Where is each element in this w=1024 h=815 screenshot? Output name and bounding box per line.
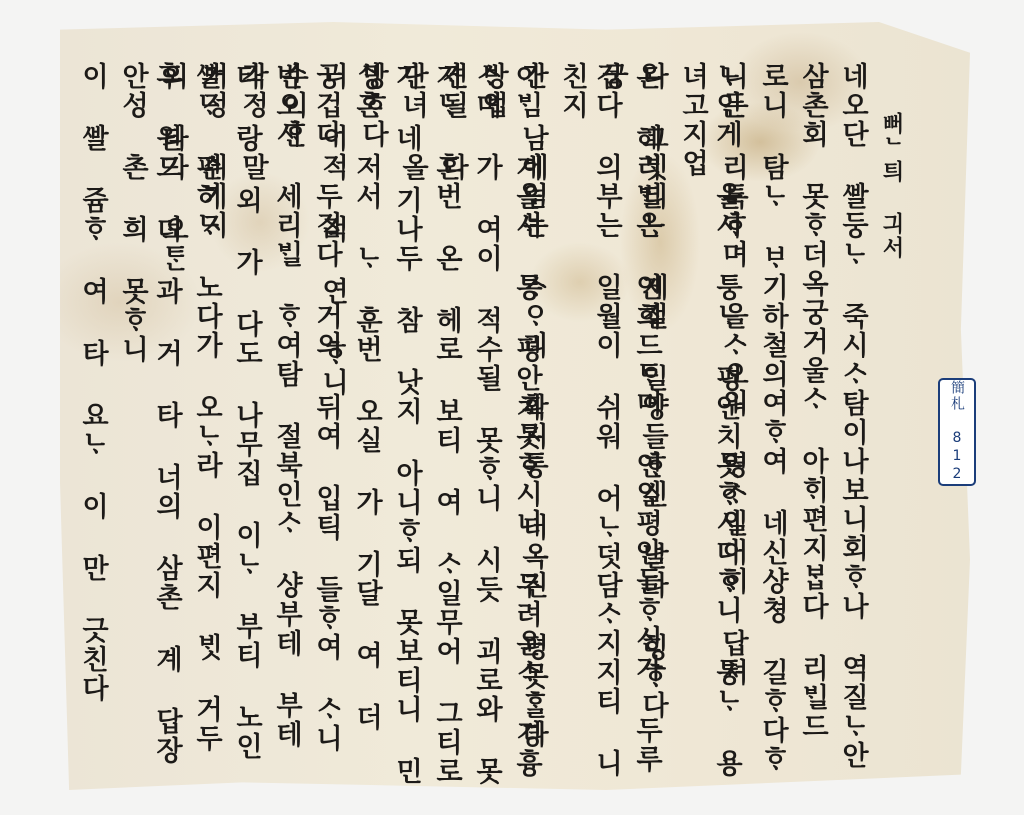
letter-heading: 뻐ᄂ틔 긔서 [875, 112, 909, 260]
text-column: 이 ᄲᅡᆯ 쥼ᄒᆞ 여 타 요ᄂᆞ 이 만 긋친다 [75, 62, 109, 703]
text-column: ᄂᆞ인게 올서 퉁ᄂᆞ 평안치못ᄒᆞ시다ᄒᆞ니 퉁ᄂᆞ 용녀고지업 [675, 62, 743, 790]
text-column: 로니 탐ᄂᆞ ᄇᆞ기하철의여ᄒᆞ여 네신샹쳥 길ᄒᆞ다ᄒᆞ [755, 62, 789, 774]
text-column: 삼촌회 못ᄒᆞ더옥궁거울ᄉᆞ 아ᄒᆡ편지ᄇᆞᆸ다 리ᄇᆡᆯ드 [795, 62, 829, 741]
text-column: 네오단 ᄲᅡᆯ둥ᄂᆞ 죽시ᄉᆞ탐이나보니회ᄒᆞ나 역질ᄂᆞ안 [835, 62, 869, 770]
text-column: 겁다 의부는 일월이 쉬워 어ᄂᆞ덧담ᄉᆞ지지티 니 친지 [555, 62, 623, 790]
text-column: 후 원드 뎌 과 거 타 너의 삼촌 계 답장 안성 촌 희 못ᄒᆞ니 [115, 62, 183, 790]
catalog-label: 簡札 812 [938, 378, 976, 486]
letter-paper: 뻐ᄂ틔 긔서 네오단 ᄲᅡᆯ둥ᄂᆞ 죽시ᄉᆞ탐이나보니회ᄒᆞ나 역질ᄂᆞ안 삼촌… [60, 22, 970, 790]
